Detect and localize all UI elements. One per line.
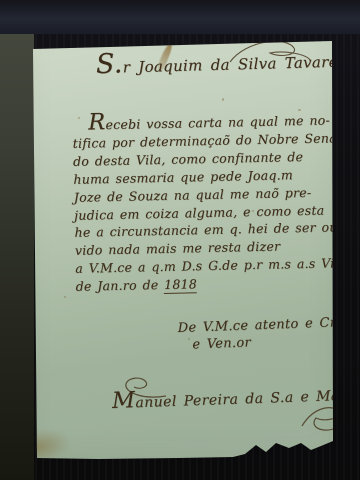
letter-body: Recebi vossa carta na qual me no- tifica…: [72, 111, 348, 296]
date-year: 1818: [164, 276, 197, 294]
foxing-speck: [298, 109, 301, 111]
letter-page: S.r Joaquim da Silva Tavares Recebi voss…: [0, 0, 360, 480]
letter-photo: S.r Joaquim da Silva Tavares Recebi voss…: [0, 0, 360, 480]
closing-salutation: De V.M.ce atento e Cr.o e Ven.or: [177, 315, 348, 353]
date-prefix: de Jan.ro de: [76, 277, 165, 294]
foxing-speck: [222, 98, 224, 101]
closing-line: e Ven.or: [192, 332, 348, 352]
backdrop-top-edge: [0, 0, 360, 34]
backdrop-left-edge: [0, 0, 34, 480]
recipient-line: S.r Joaquim da Silva Tavares: [96, 53, 332, 77]
foxing-speck: [64, 296, 66, 298]
